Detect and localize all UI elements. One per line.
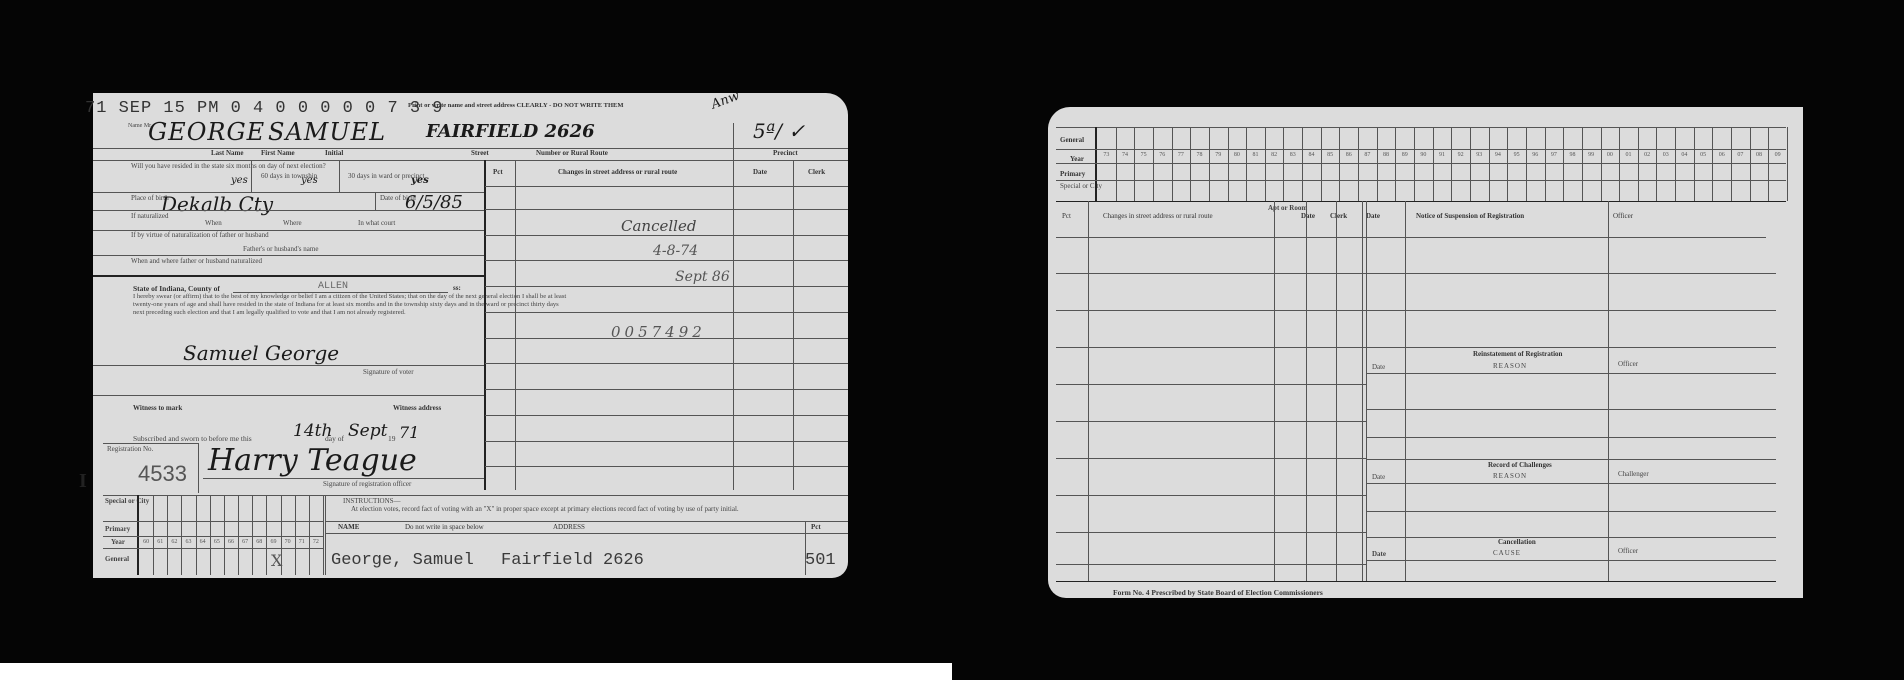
vote-year-cell: 62 xyxy=(167,539,181,545)
vote-year-cell: 60 xyxy=(139,539,153,545)
clerk-header: Clerk xyxy=(808,169,825,176)
date-header: Date xyxy=(1301,213,1315,220)
vote-year-cell: 67 xyxy=(238,539,252,545)
reinstatement-date-label: Date xyxy=(1372,364,1385,371)
officer-header: Officer xyxy=(1613,213,1633,220)
special-row-label: Special or City xyxy=(1060,183,1094,190)
when-where-father-label: When and where father or husband natural… xyxy=(131,258,231,265)
last-name-value: GEORGE xyxy=(148,118,265,146)
sworn-year: 71 xyxy=(399,423,419,442)
precinct-value: 5ª/ ✓ xyxy=(753,119,805,143)
fathers-name-label: Father's or husband's name xyxy=(243,246,318,253)
vote-year-cell: 70 xyxy=(281,539,295,545)
nineteen-label: 19 xyxy=(388,435,396,443)
general-row-label: General xyxy=(1060,137,1084,144)
signature-of-officer-label: Signature of registration officer xyxy=(323,481,411,488)
days-township-answer: yes xyxy=(301,175,318,186)
vote-year-cell: 61 xyxy=(153,539,167,545)
initial-label: Initial xyxy=(325,150,343,157)
in-what-court-label: In what court xyxy=(358,220,395,227)
index-name-header: NAME xyxy=(338,524,359,531)
change-entry-4: 0057492 xyxy=(611,323,706,341)
vote-year-cell: 68 xyxy=(252,539,266,545)
days-township-label: 60 days in township xyxy=(261,173,301,180)
oath-text: I hereby swear (or affirm) that to the b… xyxy=(133,293,568,318)
street-value: FAIRFIELD 2626 xyxy=(426,121,595,142)
instructions-text: At election votes, record fact of voting… xyxy=(351,506,836,513)
precinct-label: Precinct xyxy=(773,150,798,157)
county-value: ALLEN xyxy=(318,281,348,292)
time-stamp: 71 SEP 15 PM 0 4 0 0 0 0 0 7 3 9 xyxy=(85,99,443,118)
registration-card-front: 71 SEP 15 PM 0 4 0 0 0 0 0 7 3 9 Print o… xyxy=(93,93,848,578)
index-address-header: ADDRESS xyxy=(553,524,585,531)
officer-signature: Harry Teague xyxy=(208,443,417,478)
date-header: Date xyxy=(753,169,767,176)
primary-row-label: Primary xyxy=(1060,171,1085,178)
changes-header: Changes in street address or rural route xyxy=(1103,213,1213,220)
index-name-value: George, Samuel xyxy=(331,551,474,570)
change-entry-2: 4-8-74 xyxy=(653,243,698,259)
instruction-header: Print or write name and street address C… xyxy=(408,103,623,110)
general-label: General xyxy=(105,556,129,563)
street-label: Street xyxy=(471,150,489,157)
witness-address-label: Witness address xyxy=(393,405,441,412)
vote-year-cell: 63 xyxy=(181,539,195,545)
sworn-month: Sept xyxy=(348,421,387,441)
year-label: Year xyxy=(111,539,125,546)
vote-year-cell: 71 xyxy=(295,539,309,545)
vote-year-cell: 65 xyxy=(210,539,224,545)
resided-state-label: Will you have resided in the state six m… xyxy=(131,163,226,170)
reinstatement-officer-label: Officer xyxy=(1618,361,1638,368)
vote-grid xyxy=(1097,127,1787,201)
where-label: Where xyxy=(283,220,302,227)
cancellation-title: Cancellation xyxy=(1498,539,1536,546)
index-pct-value: 501 xyxy=(805,551,836,570)
changes-header: Changes in street address or rural route xyxy=(558,169,677,176)
cancellation-officer-label: Officer xyxy=(1618,548,1638,555)
pct-header: Pct xyxy=(1062,213,1071,220)
days-ward-label: 30 days in ward or precinct xyxy=(348,173,410,180)
change-entry-3: Sept 86 xyxy=(675,269,730,285)
do-not-write-label: Do not write in space below xyxy=(405,524,484,531)
form-footer: Form No. 4 Prescribed by State Board of … xyxy=(1113,589,1323,597)
first-name-value: SAMUEL xyxy=(268,118,386,146)
place-of-birth-value: Dekalb Cty xyxy=(161,192,273,216)
signature-of-voter-label: Signature of voter xyxy=(363,369,414,376)
first-name-label: First Name xyxy=(261,150,295,157)
if-naturalized-label: If naturalized xyxy=(131,213,171,220)
when-label: When xyxy=(205,220,222,227)
vote-year-cell: 69 xyxy=(266,539,280,545)
reinstatement-reason-label: REASON xyxy=(1493,363,1527,370)
days-ward-answer: yes xyxy=(411,175,429,186)
pct-header: Pct xyxy=(493,169,503,176)
margin-mark: I xyxy=(79,470,87,493)
state-county-label: State of Indiana, County of xyxy=(133,285,220,293)
last-name-label: Last Name xyxy=(211,150,243,157)
reinstatement-title: Reinstatement of Registration xyxy=(1473,351,1562,358)
vote-year-cell: 64 xyxy=(196,539,210,545)
special-or-city-label: Special or City xyxy=(105,498,135,505)
date-of-birth-label: Date of birth xyxy=(380,195,402,202)
name-prefix: Name Mr xyxy=(128,123,142,129)
registration-no-label: Registration No. xyxy=(107,446,153,453)
ss-label: ss: xyxy=(453,285,461,292)
cancellation-cause-label: CAUSE xyxy=(1493,550,1521,557)
cancellation-date-label: Date xyxy=(1372,551,1386,558)
challenges-reason-label: REASON xyxy=(1493,473,1527,480)
clerk-header: Clerk xyxy=(1330,213,1347,220)
vote-year-cell: 66 xyxy=(224,539,238,545)
day-of-label: day of xyxy=(325,435,344,443)
challenges-date-label: Date xyxy=(1372,474,1385,481)
place-of-birth-label: Place of birth xyxy=(131,195,163,202)
primary-label: Primary xyxy=(105,526,130,533)
registration-no-value: 4533 xyxy=(138,461,187,487)
voter-signature: Samuel George xyxy=(183,341,339,365)
suspension-date-header: Date xyxy=(1366,213,1380,220)
subscribed-label: Subscribed and sworn to before me this xyxy=(133,435,252,443)
corner-scribble: Anw xyxy=(709,89,741,113)
index-pct-header: Pct xyxy=(811,524,821,531)
apt-or-room-header: Apt or Room xyxy=(1268,205,1292,212)
witness-to-mark-label: Witness to mark xyxy=(133,405,182,412)
resided-state-answer: yes xyxy=(231,175,248,186)
vote-year-cell: 72 xyxy=(309,539,323,545)
challenges-title: Record of Challenges xyxy=(1488,462,1552,469)
index-address-value: Fairfield 2626 xyxy=(501,551,644,570)
registration-card-back: General Year Primary Special or City 737… xyxy=(1048,107,1803,598)
by-virtue-label: If by virtue of naturalization of father… xyxy=(131,232,203,239)
change-entry-1: Cancelled xyxy=(621,217,696,235)
suspension-header: Notice of Suspension of Registration xyxy=(1416,213,1524,220)
year-row-label: Year xyxy=(1070,156,1084,163)
bottom-white-strip xyxy=(0,663,952,680)
challenger-label: Challenger xyxy=(1618,471,1649,478)
number-or-rural-route-label: Number or Rural Route xyxy=(536,150,608,157)
